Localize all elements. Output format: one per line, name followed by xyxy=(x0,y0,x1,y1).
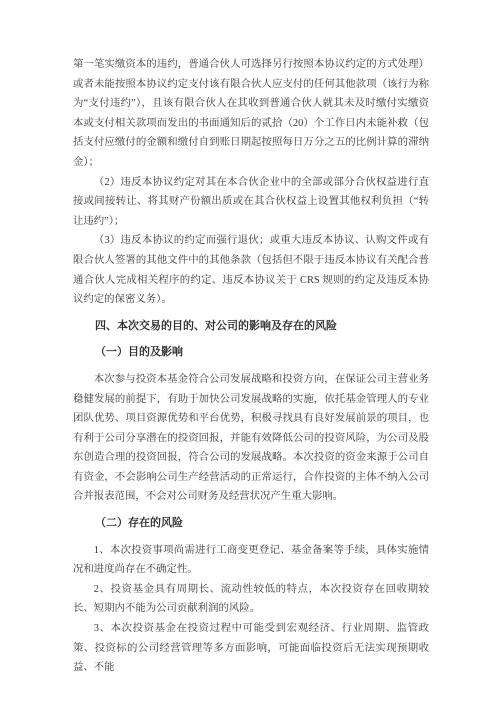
paragraph-payment-default-continuation: 第一笔实缴资本的违约，普通合伙人可选择另行按照本协议约定的方式处理）或者未能按照… xyxy=(73,55,429,173)
document-page: 第一笔实缴资本的违约，普通合伙人可选择另行按照本协议约定的方式处理）或者未能按照… xyxy=(0,0,500,707)
paragraph-risk-3-macro-environment: 3、本次投资基金在投资过程中可能受到宏观经济、行业周期、监管政策、投资标的公司经… xyxy=(73,619,429,678)
subsection-heading-2-existing-risks: （二）存在的风险 xyxy=(73,514,429,534)
paragraph-clause-2-transfer-default: （2）违反本协议约定对其在本合伙企业中的全部或部分合伙权益进行直接或间接转让、将… xyxy=(73,173,429,232)
paragraph-risk-1-registration: 1、本次投资事项尚需进行工商变更登记、基金备案等手续，具体实施情况和进度尚存在不… xyxy=(73,541,429,580)
paragraph-clause-3-withdrawal-default: （3）违反本协议的约定而强行退伙；或重大违反本协议、认购文件或有限合伙人签署的其… xyxy=(73,231,429,309)
paragraph-purpose-impact-body: 本次参与投资本基金符合公司发展战略和投资方向，在保证公司主营业务稳健发展的前提下… xyxy=(73,370,429,507)
paragraph-risk-2-liquidity: 2、投资基金具有周期长、流动性较低的特点，本次投资存在回收期较长、短期内不能为公… xyxy=(73,580,429,619)
section-heading-4-transaction-purpose: 四、本次交易的目的、对公司的影响及存在的风险 xyxy=(73,317,429,337)
document-content: 第一笔实缴资本的违约，普通合伙人可选择另行按照本协议约定的方式处理）或者未能按照… xyxy=(73,55,429,678)
subsection-heading-1-purpose-impact: （一）目的及影响 xyxy=(73,343,429,363)
